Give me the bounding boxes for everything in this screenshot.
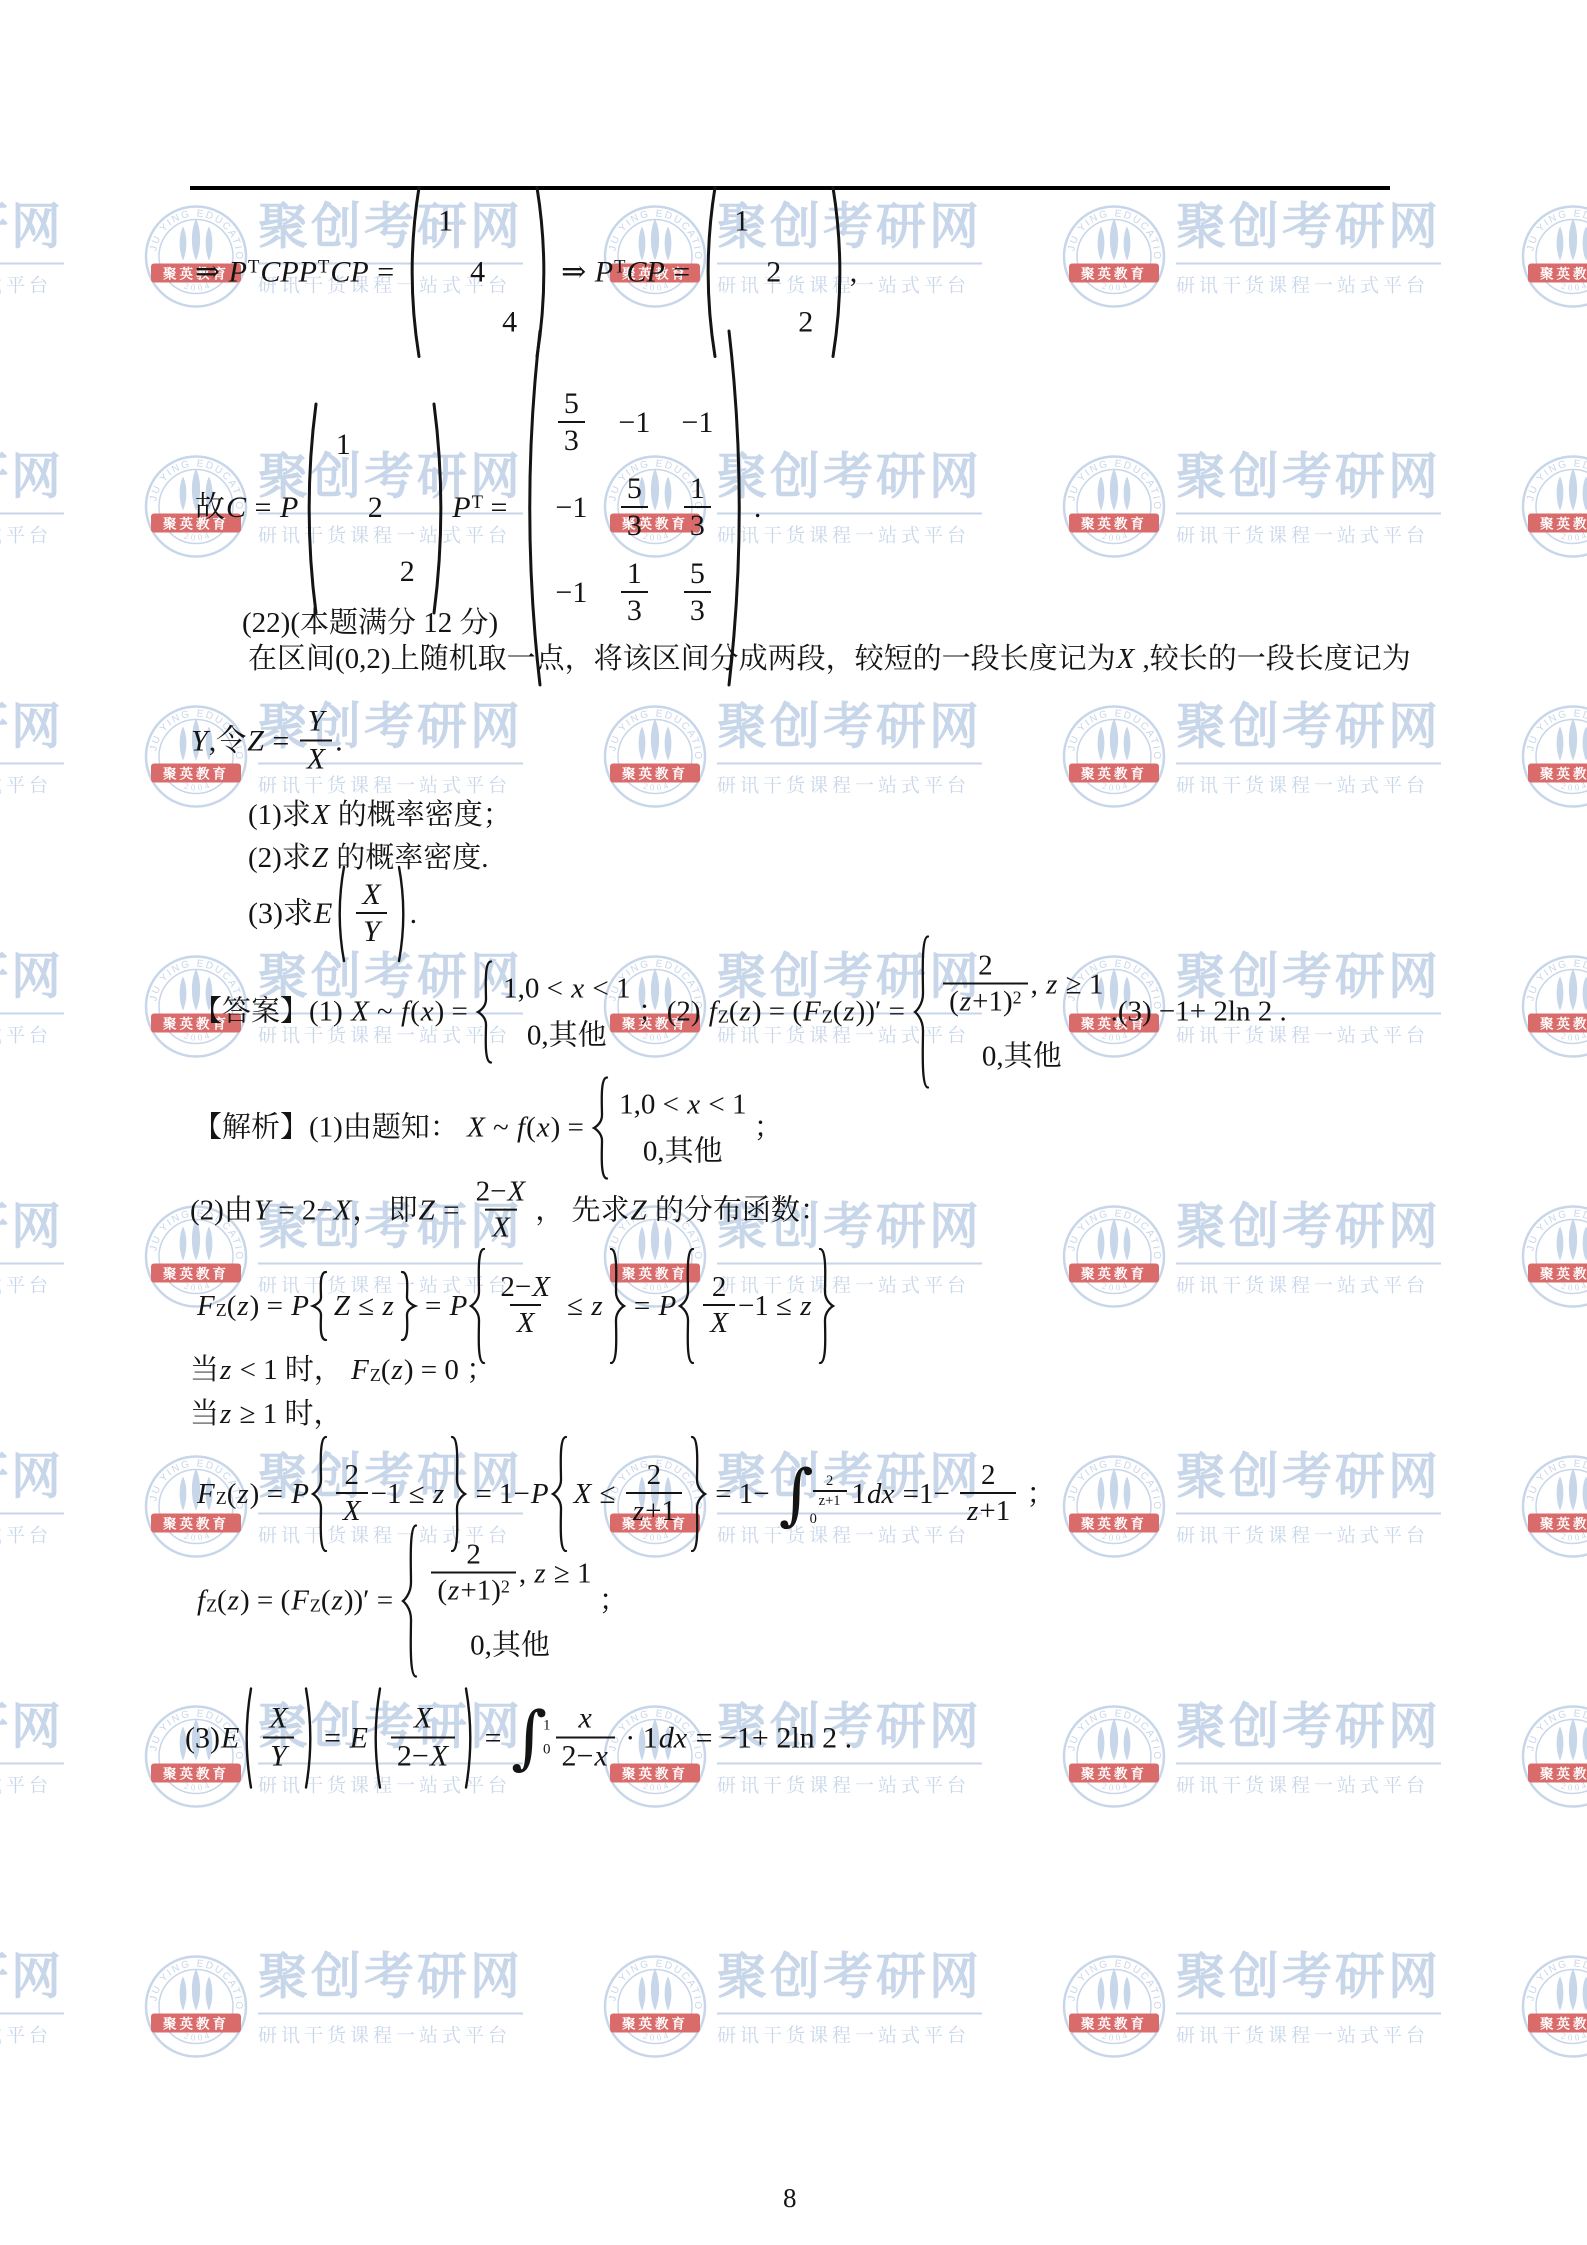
math-italic: X — [466, 1110, 486, 1146]
math-text: (22)(本题满分 12 分) — [242, 605, 498, 641]
math-italic: Y — [253, 1193, 271, 1229]
curly-brace-delimiter — [310, 1270, 330, 1342]
matrix-cell: −1 — [555, 489, 587, 527]
fraction-denominator: X — [485, 1209, 517, 1246]
cases-branch: 1,0 < x < 1 — [619, 1086, 746, 1122]
math-italic: X — [491, 1212, 511, 1245]
superscript: 2 — [501, 1578, 510, 1596]
math-text: 2 — [1013, 988, 1022, 1008]
math-text: 2 — [978, 949, 993, 982]
matrix-cell: −1 — [618, 404, 650, 442]
fraction-denominator: z+1 — [813, 1490, 847, 1511]
math-text: = — [247, 489, 279, 527]
math-italic: X — [1116, 641, 1136, 677]
math-text: 【解析】(1)由题知： — [193, 1110, 466, 1146]
group-content: 2X−1 ≤ z — [330, 1459, 448, 1530]
fraction-denominator: (z+1)2 — [943, 982, 1027, 1019]
math-text: Z — [822, 1006, 833, 1026]
math-text: = — [317, 1719, 349, 1757]
subscript: Z — [310, 1596, 321, 1614]
math-italic: E — [220, 1719, 240, 1757]
math-italic: F — [802, 994, 822, 1030]
cases-column: 1,0 < x < 10,其他 — [611, 1081, 746, 1176]
integral: ∫2z+10 — [779, 1466, 850, 1523]
integral: ∫10 — [511, 1709, 550, 1768]
parenthesis-delimiter — [301, 1686, 317, 1791]
math-text: = −1+ 2ln 2 . — [688, 1719, 852, 1757]
matrix-grid: 122 — [321, 413, 429, 604]
fraction-numerator: 2 — [339, 1459, 366, 1492]
math-text: · 1 — [618, 1719, 658, 1757]
cases-branch: 2(z+1)2, z ≥ 1 — [940, 949, 1103, 1020]
math-text: 2 — [345, 1459, 360, 1492]
superscript: T — [318, 258, 329, 277]
curly-brace-delimiter — [591, 1076, 611, 1181]
curly-brace-delimiter — [468, 1247, 488, 1365]
superscript: T — [614, 258, 625, 277]
integral-bounds: 10 — [543, 1716, 551, 1760]
math-text: 【答案】(1) — [193, 994, 350, 1030]
math-italic: E — [349, 1719, 369, 1757]
matrix-cell: 2 — [400, 553, 415, 591]
line-cdf-definition: FZ(z) = PZ ≤ z = P2−XX ≤ z = P2X−1 ≤ z — [196, 1247, 836, 1365]
fraction-denominator: X — [703, 1304, 735, 1341]
math-italic: CP — [329, 253, 369, 291]
math-text: =1− — [895, 1476, 957, 1512]
math-text: Z — [718, 1006, 729, 1026]
fraction-numerator: 5 — [621, 472, 648, 507]
fraction-numerator: 5 — [558, 387, 585, 422]
math-italic: x — [686, 1086, 701, 1122]
fraction: 2z+1 — [960, 1459, 1016, 1530]
diagonal-matrix: 122 — [299, 401, 451, 616]
matrix-cell: 53 — [618, 472, 651, 545]
math-text: Z — [216, 1488, 227, 1508]
math-text: = — [666, 253, 698, 291]
math-text: ≥ 1 — [547, 1555, 592, 1591]
math-text: ))′ = — [344, 1583, 401, 1619]
math-text: 2− — [397, 1739, 429, 1774]
math-text: 1 — [690, 472, 705, 507]
math-italic: f — [196, 1583, 206, 1619]
curly-brace-delimiter — [400, 1524, 420, 1679]
fraction-numerator: 2 — [641, 1459, 668, 1492]
math-text: ( — [321, 1583, 331, 1619]
math-text: 的概率密度； — [331, 797, 512, 833]
curly-brace-delimiter — [688, 1435, 708, 1553]
math-text: , — [519, 1555, 534, 1591]
math-text: . — [754, 489, 762, 527]
piecewise-cases: 1,0 < x < 10,其他 — [591, 1076, 746, 1181]
math-text: −1 ≤ — [371, 1476, 432, 1512]
cases-branch: 0,其他 — [527, 1018, 607, 1054]
math-italic: X — [306, 742, 326, 777]
integral-upper-bound: 2z+1 — [810, 1473, 850, 1510]
matrix-cell: 13 — [618, 557, 651, 630]
matrix-grid: 53−1−1−15313−11353 — [545, 387, 724, 630]
math-text: ≤ — [560, 1288, 590, 1324]
math-italic: x — [577, 1702, 592, 1737]
curly-brace-delimiter — [816, 1247, 836, 1365]
fraction: x2−x — [556, 1702, 615, 1775]
brace-group: 2−XX ≤ z — [468, 1247, 626, 1365]
parenthesis-delimiter — [299, 401, 321, 616]
math-text: . — [335, 722, 343, 760]
math-italic: X — [333, 1193, 353, 1229]
math-italic: X — [413, 1702, 433, 1737]
math-text: 0,其他 — [982, 1039, 1062, 1075]
math-text: 在区间(0,2)上随机取一点，将该区间分成两段，较短的一段长度记为 — [248, 641, 1116, 677]
math-italic: x — [536, 1110, 551, 1146]
math-italic: P — [451, 489, 471, 527]
math-text: +1 — [979, 1495, 1010, 1528]
math-text: = — [418, 1288, 449, 1324]
math-italic: P — [290, 1476, 310, 1512]
brace-group: Z ≤ z — [310, 1270, 418, 1342]
fraction-denominator: 3 — [684, 591, 711, 630]
fraction-numerator: x — [571, 1702, 598, 1737]
math-text: (1)求 — [248, 797, 311, 833]
math-italic: Y — [269, 1739, 288, 1774]
math-italic: z — [959, 985, 972, 1018]
subscript: Z — [216, 1489, 227, 1507]
line-expectation-computation: (3)EXY = EX2−X = ∫10x2−x · 1dx = −1+ 2ln… — [185, 1686, 852, 1791]
fraction-denominator: 3 — [684, 506, 711, 545]
math-text: T — [248, 256, 259, 277]
paren-group: X2−X — [369, 1686, 477, 1791]
math-text: , — [850, 253, 858, 291]
math-italic: z — [219, 1352, 232, 1388]
math-italic: E — [313, 895, 333, 933]
curly-brace-delimiter — [475, 960, 495, 1065]
fraction-denominator: 2−X — [391, 1736, 455, 1775]
math-text: ,令 — [209, 722, 247, 760]
group-content: 2−XX ≤ z — [488, 1271, 606, 1342]
fraction-numerator: 1 — [621, 557, 648, 592]
subscript: Z — [216, 1301, 227, 1319]
math-text: ( — [437, 1574, 447, 1607]
line-question-1: (1)求X 的概率密度； — [248, 797, 512, 833]
math-text: ， 即 — [352, 1193, 417, 1229]
matrix-grid: 122 — [720, 197, 828, 348]
fraction-denominator: 3 — [558, 421, 585, 460]
math-text: 3 — [690, 509, 705, 544]
parenthesis-delimiter — [724, 328, 754, 688]
math-italic: X — [531, 1271, 551, 1304]
fraction: 2X — [703, 1271, 735, 1342]
fraction-numerator: Y — [301, 705, 332, 740]
math-italic: z — [227, 1583, 240, 1619]
math-italic: Y — [307, 705, 326, 740]
math-text: +1) — [972, 985, 1013, 1018]
cases-branch: 1,0 < x < 1 — [503, 970, 630, 1006]
matrix-cell: 2 — [766, 253, 781, 291]
math-text: 3 — [627, 509, 642, 544]
fraction-denominator: 3 — [621, 506, 648, 545]
parenthesis-delimiter — [369, 1686, 385, 1791]
math-text: (2)由 — [190, 1193, 253, 1229]
fraction-numerator: 5 — [684, 557, 711, 592]
math-italic: X — [361, 878, 381, 913]
math-text: Z — [206, 1595, 217, 1615]
math-text: 2− — [562, 1739, 594, 1774]
math-text: = 1− — [708, 1476, 777, 1512]
math-text: ≥ 1 时， — [232, 1396, 342, 1432]
math-text: T — [318, 256, 329, 277]
math-text: 3 — [627, 594, 642, 629]
math-text: 2 — [501, 1577, 510, 1597]
fraction-denominator: X — [510, 1304, 542, 1341]
math-text: ≥ 1 — [1058, 966, 1103, 1002]
math-text: 5 — [564, 387, 579, 422]
math-text: ) = ( — [240, 1583, 290, 1619]
math-italic: X — [350, 994, 370, 1030]
fraction-denominator: (z+1)2 — [431, 1571, 515, 1608]
group-content: 2X−1 ≤ z — [697, 1271, 815, 1342]
line-problem-22-statement: 在区间(0,2)上随机取一点，将该区间分成两段，较短的一段长度记为X ,较长的一… — [248, 641, 1411, 677]
math-text: 3 — [564, 424, 579, 459]
math-italic: z — [391, 1352, 404, 1388]
math-text: z+1 — [819, 1493, 841, 1510]
math-text: T — [472, 492, 483, 513]
math-italic: z — [1045, 966, 1058, 1002]
math-text: ( — [217, 1583, 227, 1619]
math-italic: f — [516, 1110, 526, 1146]
math-italic: Y — [190, 722, 209, 760]
math-italic: Z — [418, 1193, 436, 1229]
curly-brace-delimiter — [607, 1247, 627, 1365]
math-text: 0 — [543, 1742, 551, 1758]
parenthesis-delimiter — [515, 328, 545, 688]
math-italic: z — [331, 1583, 344, 1619]
math-text: Z — [216, 1300, 227, 1320]
fraction: X2−X — [391, 1702, 455, 1775]
math-text: ) = — [250, 1288, 291, 1324]
math-text: ) = — [551, 1110, 592, 1146]
math-text: = — [436, 1193, 467, 1229]
line-pdf-result: fZ(z) = (FZ(z))′ = 2(z+1)2, z ≥ 10,其他 ； — [196, 1524, 628, 1679]
curly-brace-delimiter — [912, 935, 932, 1090]
math-text: ( — [526, 1110, 536, 1146]
matrix-cell: −1 — [555, 574, 587, 612]
cases-column: 2(z+1)2, z ≥ 10,其他 — [420, 1529, 591, 1674]
math-text: < 1 时， — [232, 1352, 350, 1388]
math-text: 5 — [627, 472, 642, 507]
math-text: 当 — [190, 1352, 219, 1388]
math-italic: P — [290, 1288, 310, 1324]
cases-branch: 0,其他 — [643, 1134, 723, 1170]
math-text: 2 — [826, 1473, 833, 1490]
fraction: 2z+1 — [626, 1459, 682, 1530]
math-text: ) = — [435, 994, 476, 1030]
math-text: ； — [1019, 1476, 1055, 1512]
brace-group: 2X−1 ≤ z — [677, 1247, 835, 1365]
parenthesis-delimiter — [240, 1686, 256, 1791]
math-text: 0,其他 — [643, 1134, 723, 1170]
subscript: Z — [718, 1007, 729, 1025]
math-italic: x — [420, 994, 435, 1030]
math-italic: F — [290, 1583, 310, 1619]
fraction: 2X — [336, 1459, 368, 1530]
math-text: ；(2) — [630, 994, 707, 1030]
integral-sign: ∫ — [511, 1709, 547, 1768]
math-italic: z — [236, 1476, 249, 1512]
math-italic: dx — [658, 1719, 688, 1757]
math-text: −1 ≤ — [738, 1288, 799, 1324]
math-text: −1 — [555, 574, 587, 612]
math-text: +1) — [460, 1574, 501, 1607]
fraction-numerator: X — [355, 878, 387, 913]
piecewise-cases: 1,0 < x < 10,其他 — [475, 960, 630, 1065]
matrix-cell: −1 — [681, 404, 713, 442]
math-text: 1,0 < — [503, 970, 570, 1006]
math-text: ； — [592, 1583, 628, 1619]
group-content: Z ≤ z — [330, 1288, 398, 1324]
matrix-cell: 1 — [734, 203, 749, 241]
cases-branch: 2(z+1)2, z ≥ 1 — [428, 1538, 591, 1609]
math-text: T — [614, 256, 625, 277]
math-text: ) = — [250, 1476, 291, 1512]
math-text: ( — [227, 1288, 237, 1324]
document-page: JU YING EDUCATION2004聚英教育聚创考研网研讯干货课程一站式平… — [0, 0, 1587, 2245]
cases-column: 2(z+1)2, z ≥ 10,其他 — [932, 940, 1103, 1085]
math-text: +1 — [645, 1495, 676, 1528]
fraction-numerator: 2 — [820, 1473, 839, 1490]
fraction-denominator: X — [300, 739, 332, 778]
fraction-denominator: 2−x — [556, 1736, 615, 1775]
math-text: = — [627, 1288, 658, 1324]
integral-lower-bound: 0 — [543, 1741, 551, 1760]
math-text: 2 — [712, 1271, 727, 1304]
math-text: ) = ( — [752, 994, 802, 1030]
line-case-z-less-1: 当z < 1 时， FZ(z) = 0 ； — [190, 1352, 495, 1388]
math-text: 1 — [852, 1476, 867, 1512]
math-text: (3)求 — [248, 895, 313, 933]
paren-group: XY — [240, 1686, 316, 1791]
fraction: 53 — [621, 472, 648, 545]
fraction-numerator: 2 — [706, 1271, 733, 1304]
integral-lower-bound: 0 — [810, 1510, 817, 1528]
math-text: 故 — [195, 489, 225, 527]
math-text: < 1 — [701, 1086, 746, 1122]
math-text: 2 — [466, 1538, 481, 1571]
math-italic: X — [709, 1307, 729, 1340]
fraction: 2(z+1)2 — [431, 1538, 515, 1609]
math-italic: z — [632, 1495, 645, 1528]
integral-upper-bound: 1 — [543, 1716, 551, 1735]
math-italic: Z — [246, 722, 265, 760]
math-text: 5 — [690, 557, 705, 592]
fraction-numerator: 2 — [972, 949, 999, 982]
fraction-denominator: z+1 — [960, 1492, 1016, 1529]
math-text: ) = 0 ； — [404, 1352, 495, 1388]
math-text: −1 — [555, 489, 587, 527]
fraction: 13 — [621, 557, 648, 630]
math-italic: z — [739, 994, 752, 1030]
fraction: YX — [300, 705, 332, 778]
integral-sign: ∫ — [779, 1466, 814, 1523]
math-italic: P — [449, 1288, 469, 1324]
matrix-cell: 1 — [438, 203, 453, 241]
fraction: 2−XX — [470, 1176, 533, 1247]
piecewise-cases: 2(z+1)2, z ≥ 10,其他 — [912, 935, 1103, 1090]
math-italic: F — [196, 1476, 216, 1512]
math-italic: Z — [630, 1193, 648, 1229]
math-italic: z — [533, 1555, 546, 1591]
math-text: = — [265, 722, 297, 760]
fraction: 53 — [684, 557, 711, 630]
math-text: ⇒ — [554, 253, 594, 291]
math-text: Z — [310, 1595, 321, 1615]
math-text: ≤ — [592, 1476, 622, 1512]
math-italic: z — [447, 1574, 460, 1607]
math-italic: z — [236, 1288, 249, 1324]
math-text: 2 — [647, 1459, 662, 1492]
line-case-z-ge-1: 当z ≥ 1 时， — [190, 1396, 342, 1432]
math-text: 3 — [690, 594, 705, 629]
math-italic: z — [219, 1396, 232, 1432]
math-italic: P — [228, 253, 248, 291]
math-text: ( — [833, 994, 843, 1030]
math-italic: z — [590, 1288, 603, 1324]
math-text: 2− — [476, 1176, 507, 1209]
fraction: 2z+1 — [813, 1473, 847, 1510]
math-text: 0 — [810, 1511, 817, 1527]
math-text: = — [370, 253, 402, 291]
math-text: < 1 — [585, 970, 630, 1006]
math-italic: z — [966, 1495, 979, 1528]
math-italic: F — [350, 1352, 370, 1388]
subscript: Z — [370, 1366, 381, 1384]
math-text: ( — [949, 985, 959, 1018]
cases-branch: 0,其他 — [470, 1628, 550, 1664]
line-analysis-part2-setup: (2)由Y = 2−X， 即Z = 2−XX， 先求Z 的分布函数： — [190, 1176, 829, 1247]
math-text: ,较长的一段长度记为 — [1135, 641, 1411, 677]
group-content: XY — [256, 1702, 300, 1775]
fraction-denominator: z+1 — [626, 1492, 682, 1529]
math-italic: P — [594, 253, 614, 291]
curly-brace-delimiter — [398, 1270, 418, 1342]
fraction-numerator: 2 — [975, 1459, 1002, 1492]
math-text: 1,0 < — [619, 1086, 686, 1122]
math-italic: X — [516, 1307, 536, 1340]
math-text: ( — [227, 1476, 237, 1512]
matrix-cell: 53 — [555, 387, 588, 460]
math-text: 1 — [627, 557, 642, 592]
math-text: = 2− — [271, 1193, 333, 1229]
math-text: = 1− — [468, 1476, 530, 1512]
math-italic: Z — [333, 1288, 351, 1324]
math-italic: X — [507, 1176, 527, 1209]
math-italic: CPP — [259, 253, 318, 291]
math-text: ~ — [486, 1110, 516, 1146]
math-italic: X — [311, 797, 331, 833]
superscript: 2 — [1013, 989, 1022, 1007]
group-content: X ≤ 2z+1 — [570, 1459, 688, 1530]
math-text: ≤ — [351, 1288, 381, 1324]
line-problem-22-statement-2: Y,令Z = YX. — [190, 705, 343, 778]
matrix-cell: 53 — [681, 557, 714, 630]
math-text: −1 — [681, 404, 713, 442]
integral-bounds: 2z+10 — [810, 1473, 850, 1515]
math-italic: dx — [866, 1476, 895, 1512]
line-analysis-part1: 【解析】(1)由题知： X ~ f(x) = 1,0 < x < 10,其他 ； — [193, 1076, 783, 1181]
parenthesis-delimiter — [461, 1686, 477, 1791]
matrix-cell: 13 — [681, 472, 714, 545]
curly-brace-delimiter — [677, 1247, 697, 1365]
math-text: (3) — [185, 1719, 220, 1757]
math-text: ⇒ — [195, 253, 228, 291]
